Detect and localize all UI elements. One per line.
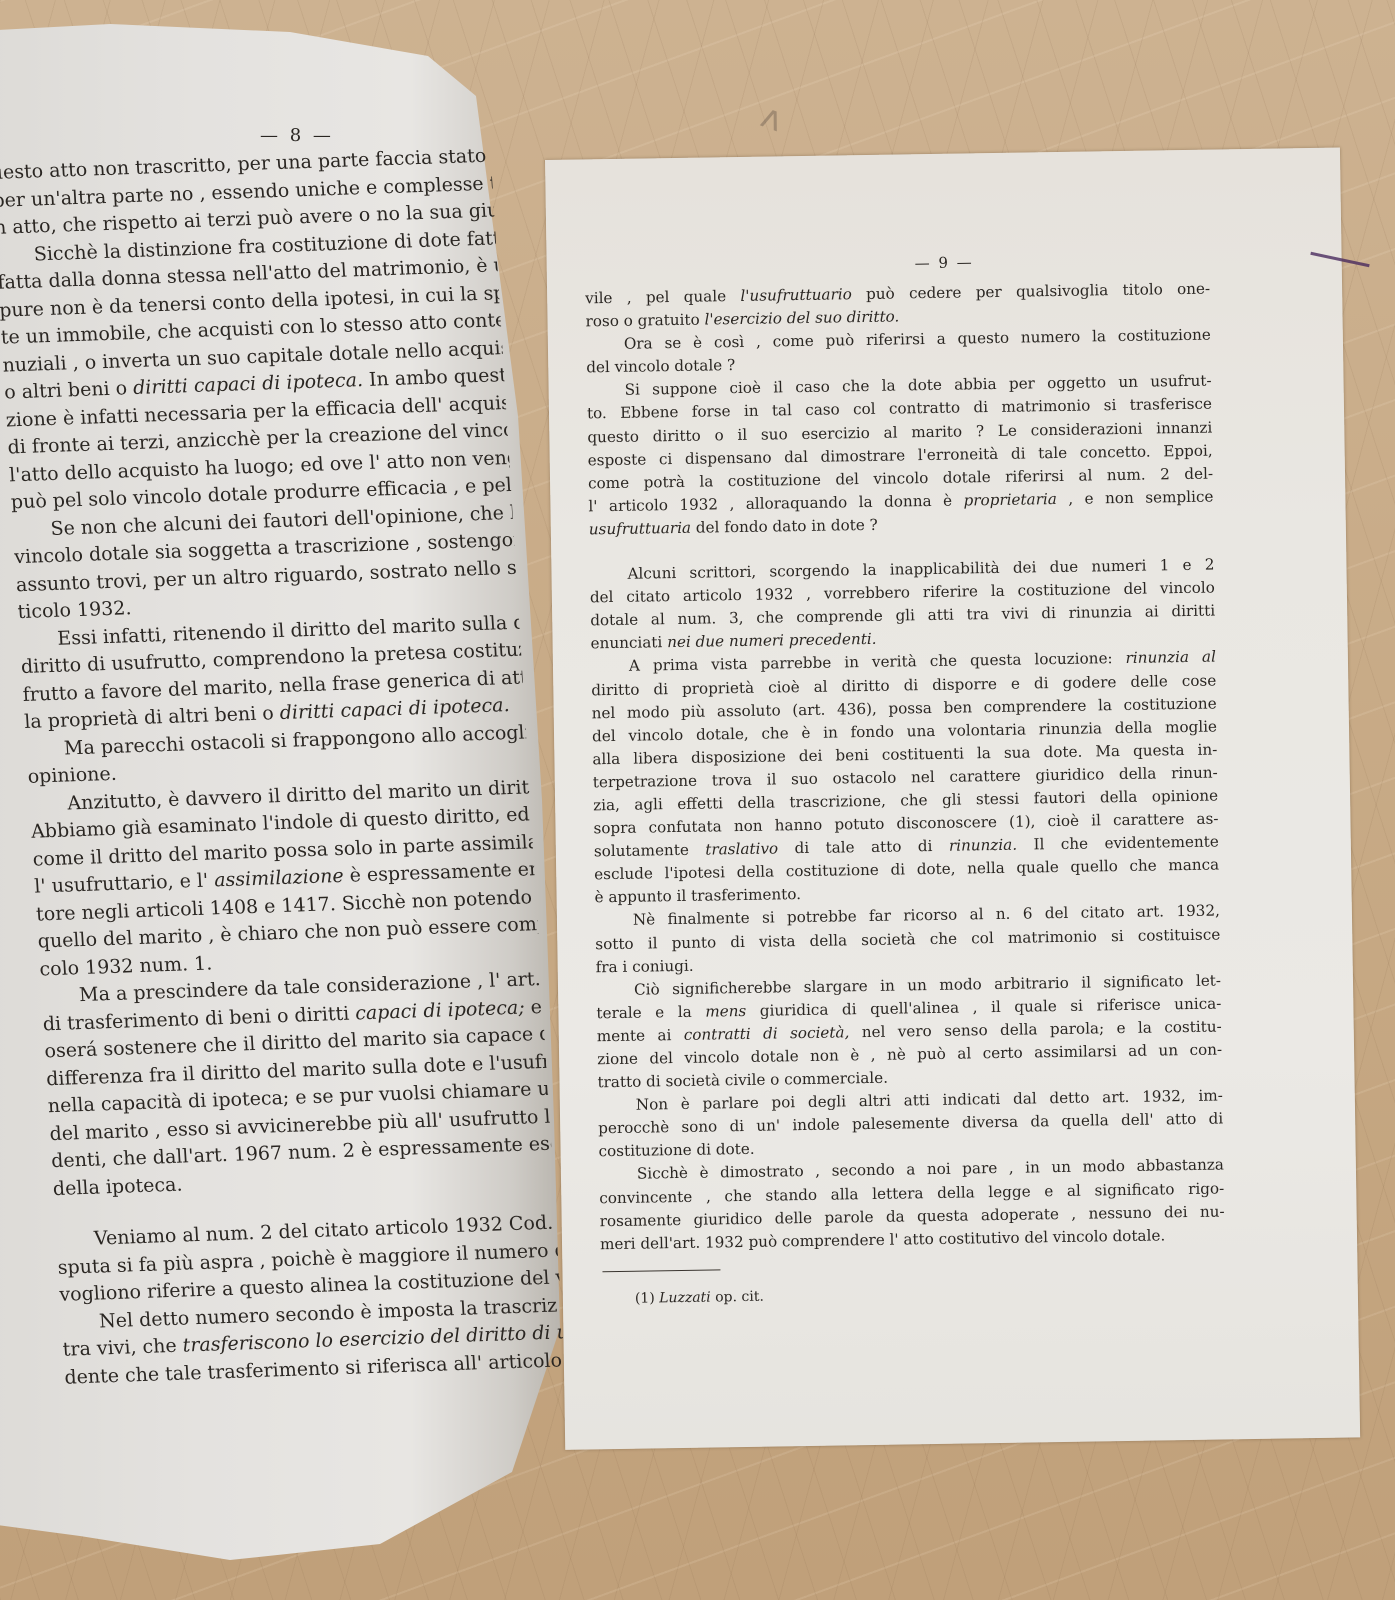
- right-page-body: vile , pel quale l'usufruttuario può ced…: [585, 278, 1225, 1257]
- left-page: — 8 — uesto atto non trascritto, per una…: [0, 0, 560, 1600]
- left-page-body: uesto atto non trascritto, per una parte…: [0, 143, 565, 1392]
- left-page-number: — 8 —: [260, 125, 334, 146]
- right-page: — 9 — vile , pel quale l'usufruttuario p…: [545, 148, 1360, 1450]
- right-page-number: — 9 —: [547, 248, 1342, 278]
- footnote-marker: (1): [635, 1290, 655, 1306]
- footnote-divider: [602, 1269, 720, 1272]
- footnote-text: op. cit.: [715, 1289, 764, 1306]
- footnote: (1) Luzzati op. cit.: [635, 1289, 764, 1307]
- footnote-author: Luzzati: [659, 1290, 711, 1307]
- pencil-mark: ʌ: [756, 96, 789, 140]
